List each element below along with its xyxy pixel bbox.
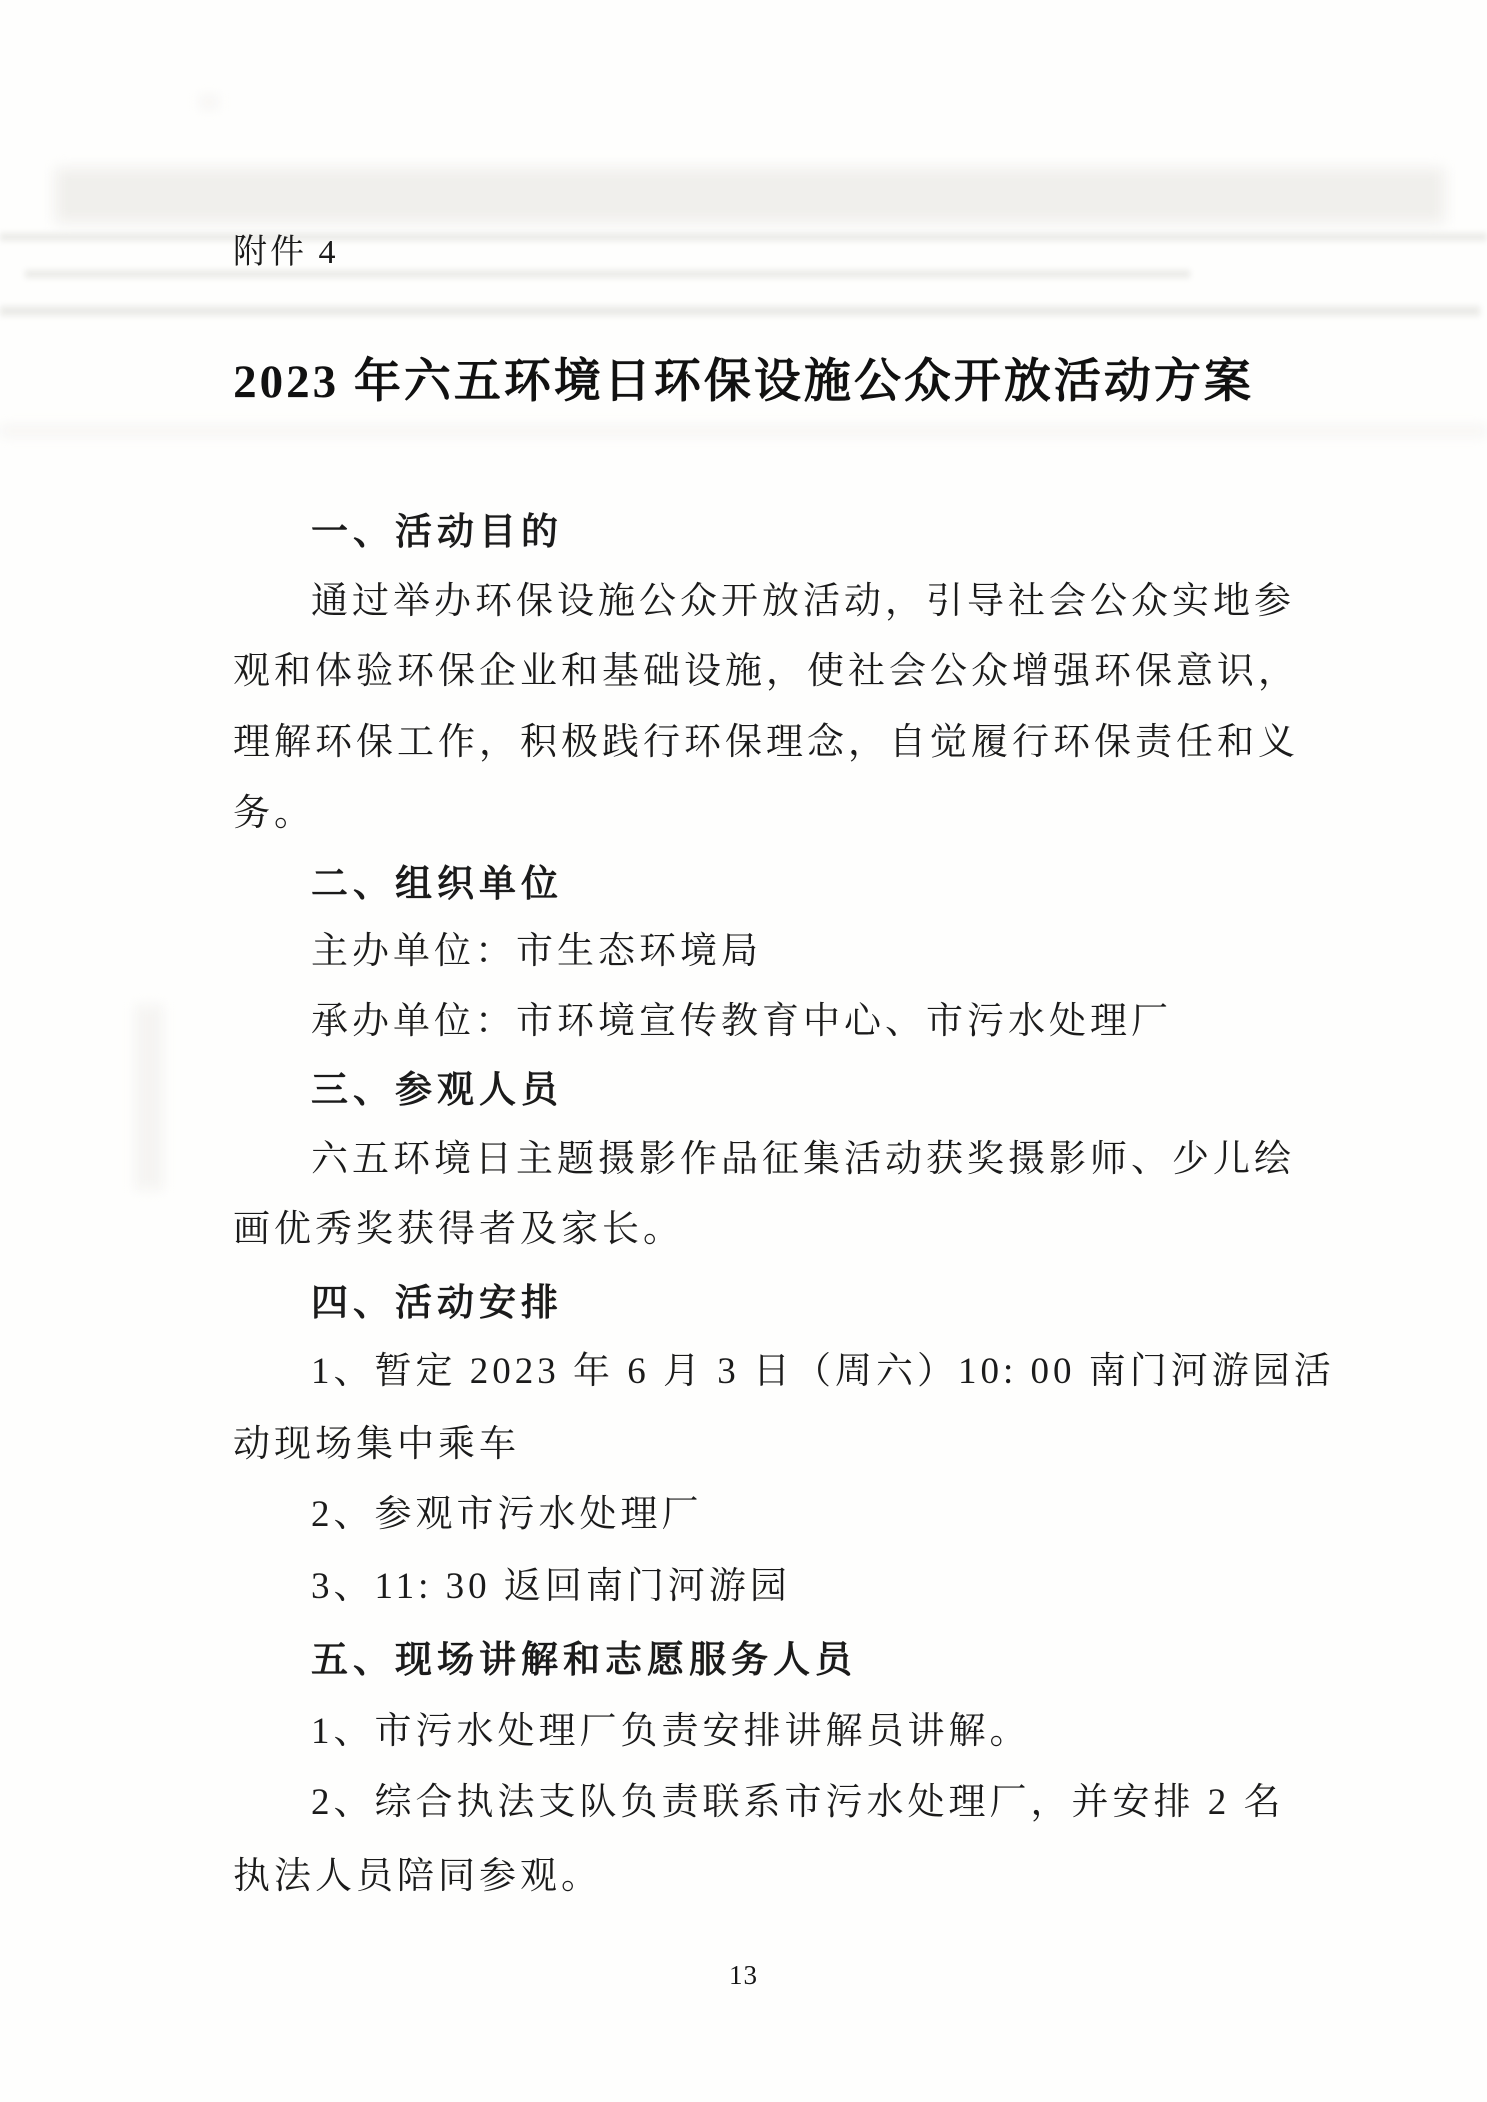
scan-streak bbox=[0, 426, 1487, 436]
text-line: 1、市污水处理厂负责安排讲解员讲解。 bbox=[233, 1710, 1441, 1754]
section-heading-4: 四、活动安排 bbox=[233, 1281, 1441, 1325]
scan-streak bbox=[0, 233, 1487, 241]
text-line: 执法人员陪同参观。 bbox=[233, 1855, 1363, 1899]
text-line: 观和体验环保企业和基础设施，使社会公众增强环保意识， bbox=[233, 650, 1363, 694]
scan-streak bbox=[25, 270, 1190, 278]
scan-smudge bbox=[135, 1005, 163, 1190]
text-line: 3、11: 30 返回南门河游园 bbox=[233, 1565, 1441, 1609]
text-line: 六五环境日主题摄影作品征集活动获奖摄影师、少儿绘 bbox=[233, 1138, 1441, 1182]
section-heading-3: 三、参观人员 bbox=[233, 1068, 1441, 1112]
section-heading-2: 二、组织单位 bbox=[233, 862, 1441, 906]
text-line: 动现场集中乘车 bbox=[233, 1423, 1363, 1467]
scan-ghost-band bbox=[55, 168, 1445, 223]
document-page: 附件 4 2023 年六五环境日环保设施公众开放活动方案 一、活动目的 通过举办… bbox=[0, 0, 1487, 2102]
scan-streak bbox=[0, 306, 1480, 316]
attachment-label: 附件 4 bbox=[233, 224, 339, 273]
text-line: 画优秀奖获得者及家长。 bbox=[233, 1208, 1363, 1252]
text-line: 通过举办环保设施公众开放活动，引导社会公众实地参 bbox=[233, 580, 1441, 624]
document-title: 2023 年六五环境日环保设施公众开放活动方案 bbox=[0, 344, 1487, 411]
section-heading-5: 五、现场讲解和志愿服务人员 bbox=[233, 1638, 1441, 1682]
text-line: 2、参观市污水处理厂 bbox=[233, 1493, 1441, 1537]
text-line: 1、暂定 2023 年 6 月 3 日（周六）10: 00 南门河游园活 bbox=[233, 1350, 1441, 1394]
text-line: 承办单位：市环境宣传教育中心、市污水处理厂 bbox=[233, 1000, 1441, 1044]
page-number: 13 bbox=[0, 1960, 1487, 1991]
text-line: 务。 bbox=[233, 792, 1363, 836]
text-line: 主办单位：市生态环境局 bbox=[233, 930, 1441, 974]
text-line: 2、综合执法支队负责联系市污水处理厂，并安排 2 名 bbox=[233, 1781, 1441, 1825]
section-heading-1: 一、活动目的 bbox=[233, 510, 1441, 554]
scan-smudge bbox=[200, 96, 218, 108]
text-line: 理解环保工作，积极践行环保理念，自觉履行环保责任和义 bbox=[233, 721, 1363, 765]
